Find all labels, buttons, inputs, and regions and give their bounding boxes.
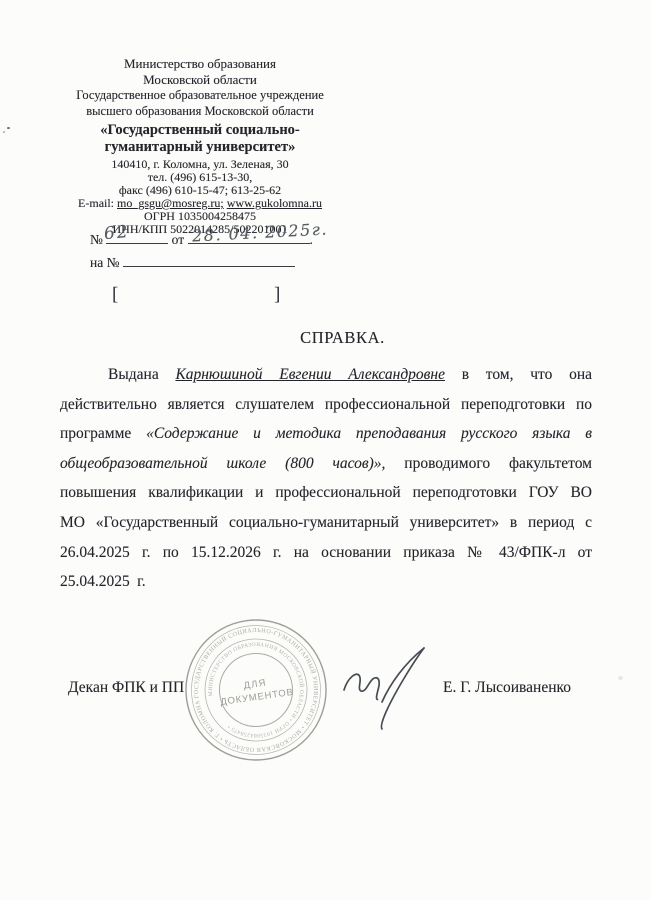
email-address: mo_gsgu@mosreg.ru;: [117, 196, 224, 210]
stamp-outer-circle: [180, 614, 332, 766]
trailing-period: .: [310, 232, 313, 247]
stamp-center-line-1: ДЛЯ: [243, 677, 267, 691]
signoff-name: Е. Г. Лысоиваненко: [443, 679, 571, 697]
reference-block: № от . 62 28. 04. 2025г. на №: [90, 230, 350, 276]
number-label: №: [90, 232, 103, 247]
number-blank-line: [106, 230, 168, 244]
document-page: Министерство образования Московской обла…: [0, 0, 650, 900]
bracket-open: [: [112, 284, 118, 306]
document-title: СПРАВКА.: [60, 328, 625, 348]
date-label: от: [172, 232, 184, 247]
reply-label: на №: [90, 255, 119, 270]
university-name-line-1: «Государственный социально-: [36, 122, 364, 139]
recipient-name: Карнюшиной Евгении Александровне: [175, 366, 445, 383]
handwritten-signature: [336, 638, 442, 734]
number-date-row: № от . 62 28. 04. 2025г.: [90, 230, 350, 249]
scan-speck: [618, 676, 623, 680]
signature-stroke-m: [344, 674, 379, 699]
scan-speck: [7, 127, 10, 129]
signature-stroke-slash: [381, 648, 424, 729]
email-label: E-mail:: [78, 196, 114, 210]
stamp-center-line-2: ДОКУМЕНТОВ: [220, 687, 295, 708]
round-stamp: ГОСУДАРСТВЕННЫЙ СОЦИАЛЬНО-ГУМАНИТАРНЫЙ У…: [180, 614, 332, 766]
ministry-line-2: Московской области: [36, 72, 364, 88]
body-paragraph: Выдана Карнюшиной Евгении Александровне …: [60, 360, 592, 597]
signoff-position: Декан ФПК и ПП: [68, 679, 184, 697]
org-line-2: высшего образования Московской области: [36, 104, 364, 120]
ministry-line-1: Министерство образования: [36, 56, 364, 72]
body-segment-1: Выдана: [108, 366, 175, 383]
university-name-line-2: гуманитарный университет»: [36, 139, 364, 156]
scan-speck: [3, 131, 5, 133]
reply-number-row: на №: [90, 253, 350, 272]
university-name: «Государственный социально- гуманитарный…: [36, 122, 364, 155]
org-line-1: Государственное образовательное учрежден…: [36, 88, 364, 104]
letterhead: Министерство образования Московской обла…: [36, 56, 364, 236]
date-blank-line: [188, 230, 310, 244]
bracket-close: ]: [274, 284, 280, 306]
reply-blank-line: [123, 253, 295, 267]
body-segment-3: проводимого факультетом повышения квалиф…: [60, 455, 592, 590]
website-link: www.gukolomna.ru: [227, 196, 322, 210]
